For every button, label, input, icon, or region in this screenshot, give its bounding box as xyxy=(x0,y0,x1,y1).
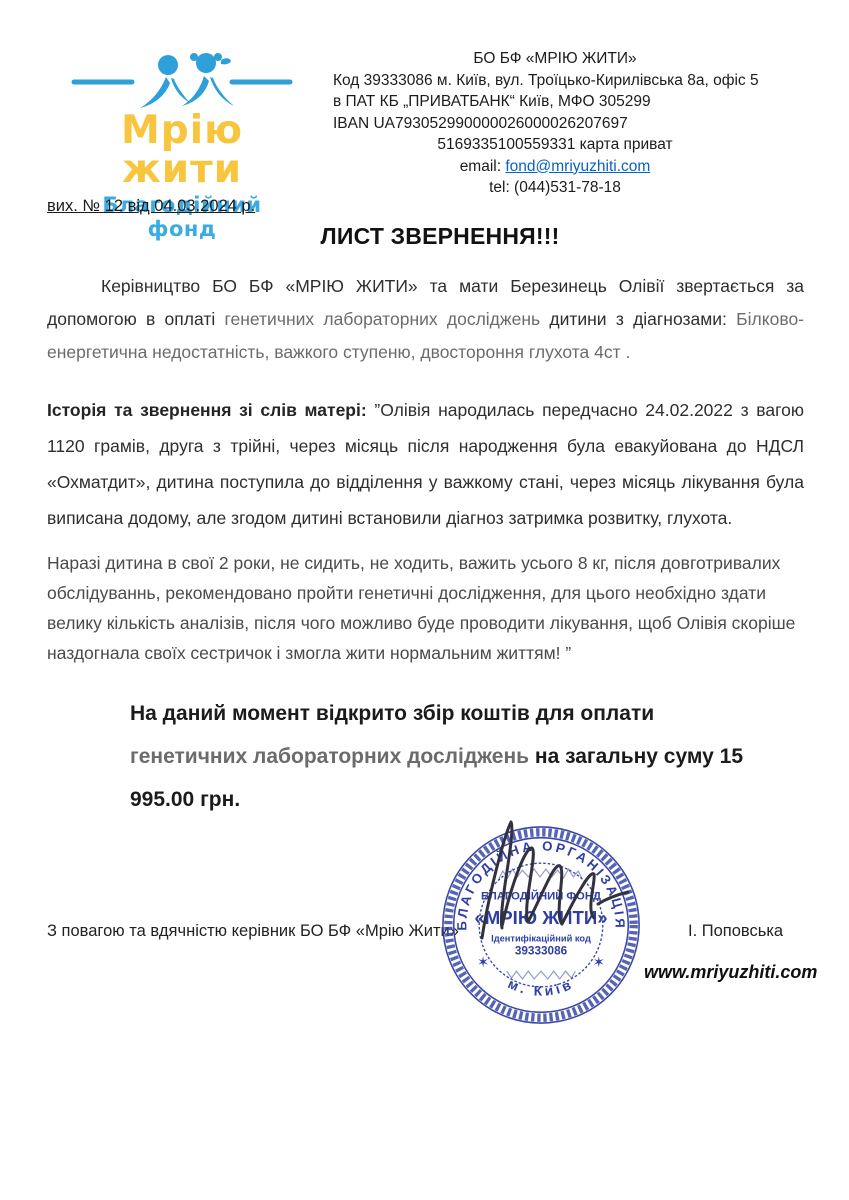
org-address: Код 39333086 м. Київ, вул. Троїцько-Кири… xyxy=(333,70,777,92)
closing-text: З повагою та вдячністю керівник БО БФ «М… xyxy=(47,922,459,941)
outgoing-ref-line: вих. № 12 від 04.03.2024 р. xyxy=(47,197,255,216)
handwritten-signature xyxy=(452,800,642,950)
stamp-ring-bottom-text: м. Київ xyxy=(506,976,577,999)
header-contact-block: БО БФ «МРІЮ ЖИТИ» Код 39333086 м. Київ, … xyxy=(333,48,777,199)
paragraph-history: Історія та звернення зі слів матері: ”Ол… xyxy=(47,392,804,536)
signer-name: І. Поповська xyxy=(688,922,783,941)
org-name: БО БФ «МРІЮ ЖИТИ» xyxy=(333,48,777,70)
paragraph-appeal: Керівництво БО БФ «МРІЮ ЖИТИ» та мати Бе… xyxy=(47,270,804,369)
document-title: ЛИСТ ЗВЕРНЕННЯ!!! xyxy=(0,223,849,250)
cta-seg1: На даний момент відкрито збір коштів для… xyxy=(130,702,654,725)
letter-page: Мрію жити Благодійний фонд БО БФ «МРІЮ Ж… xyxy=(0,0,849,1200)
org-iban: IBAN UA793052990000026000026207697 xyxy=(333,113,777,135)
stamp-star-right: ✶ xyxy=(593,955,605,971)
org-card: 5169335100559331 карта приват xyxy=(333,134,777,156)
org-tel: tel: (044)531-78-18 xyxy=(333,177,777,199)
svg-text:м. Київ: м. Київ xyxy=(506,976,577,999)
signature-icon xyxy=(452,800,642,950)
logo-title: Мрію жити xyxy=(66,111,298,189)
p1-seg3: дитини з діагнозами: xyxy=(540,309,736,329)
org-email-line: email: fond@mriyuzhiti.com xyxy=(333,156,777,178)
paragraph-current-state: Наразі дитина в свої 2 роки, не сидить, … xyxy=(47,548,804,668)
children-figures-icon xyxy=(66,52,298,110)
cta-seg2: генетичних лабораторних досліджень xyxy=(130,745,529,768)
org-bank: в ПАТ КБ „ПРИВАТБАНК“ Київ, МФО 305299 xyxy=(333,91,777,113)
p2-lead: Історія та звернення зі слів матері: xyxy=(47,400,374,420)
p1-seg2: генетичних лабораторних досліджень xyxy=(224,309,540,329)
stamp-star-left: ✶ xyxy=(477,955,489,971)
website-text: www.mriyuzhiti.com xyxy=(644,962,817,983)
email-link[interactable]: fond@mriyuzhiti.com xyxy=(505,158,650,175)
email-label: email: xyxy=(460,158,501,175)
